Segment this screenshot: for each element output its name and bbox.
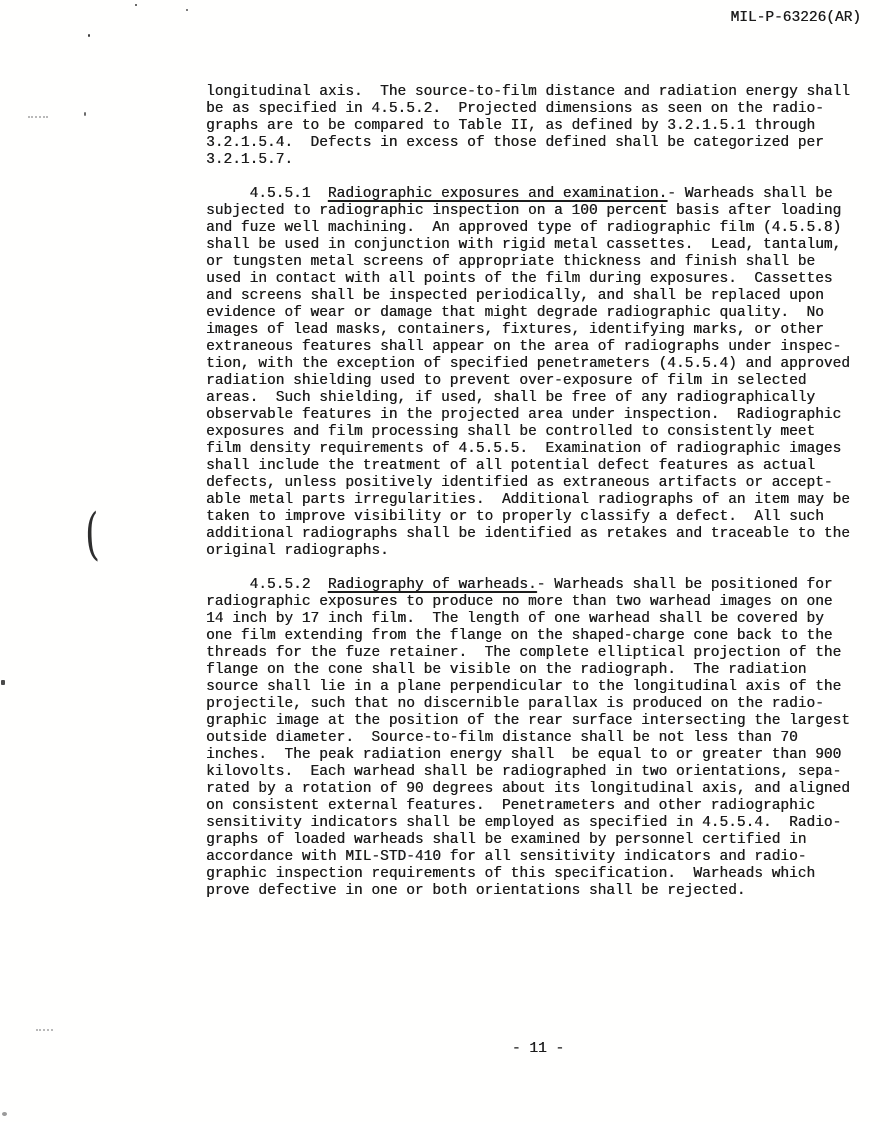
text-line: one film extending from the flange on th… [206,628,870,645]
text-line: sensitivity indicators shall be employed… [206,815,870,832]
text-line: original radiographs. [206,543,870,560]
text-line: graphic inspection requirements of this … [206,866,870,883]
text-line: 14 inch by 17 inch film. The length of o… [206,611,870,628]
text-line: source shall lie in a plane perpendicula… [206,679,870,696]
text-line: defects, unless positively identified as… [206,475,870,492]
text-line: be as specified in 4.5.5.2. Projected di… [206,101,870,118]
section-number: 4.5.5.1 [206,186,328,202]
text-line: graphic image at the position of the rea… [206,713,870,730]
text-line: film density requirements of 4.5.5.5. Ex… [206,441,870,458]
text-line: and screens shall be inspected periodica… [206,288,870,305]
scan-speck [1,680,5,685]
scan-speck [2,1112,7,1116]
section-title: Radiography of warheads. [328,577,537,593]
text-line: evidence of wear or damage that might de… [206,305,870,322]
text-line: projectile, such that no discernible par… [206,696,870,713]
text-line: exposures and film processing shall be c… [206,424,870,441]
text-line: radiographic exposures to produce no mor… [206,594,870,611]
text-line: 3.2.1.5.4. Defects in excess of those de… [206,135,870,152]
text-line: prove defective in one or both orientati… [206,883,870,900]
text-line: shall include the treatment of all poten… [206,458,870,475]
section-4-5-5-1: 4.5.5.1 Radiographic exposures and exami… [206,186,870,560]
section-title-suffix: - Warheads shall be positioned for [537,577,833,593]
text-line: graphs are to be compared to Table II, a… [206,118,870,135]
text-line: radiation shielding used to prevent over… [206,373,870,390]
page-number: - 11 - [206,1041,870,1058]
text-line: on consistent external features. Penetra… [206,798,870,815]
text-line: and fuze well machining. An approved typ… [206,220,870,237]
scan-speck [88,34,90,37]
scan-speck [135,4,137,6]
text-line: additional radiographs shall be identifi… [206,526,870,543]
doc-number-header: MIL-P-63226(AR) [730,10,861,27]
paragraph-intro: longitudinal axis. The source-to-film di… [206,84,870,169]
text-line: longitudinal axis. The source-to-film di… [206,84,870,101]
scan-speck [186,9,188,11]
section-title: Radiographic exposures and examination. [328,186,667,202]
document-body: longitudinal axis. The source-to-film di… [206,84,870,900]
scan-dotted-mark [36,1029,53,1031]
text-line: threads for the fuze retainer. The compl… [206,645,870,662]
text-line: rated by a rotation of 90 degrees about … [206,781,870,798]
text-line: extraneous features shall appear on the … [206,339,870,356]
handwritten-paren-mark: ( [84,507,100,564]
section-4-5-5-1-body: subjected to radiographic inspection on … [206,203,870,560]
section-4-5-5-2: 4.5.5.2 Radiography of warheads.- Warhea… [206,577,870,900]
scan-dotted-mark [28,116,48,118]
text-line: graphs of loaded warheads shall be exami… [206,832,870,849]
text-line: shall be used in conjunction with rigid … [206,237,870,254]
text-line: observable features in the projected are… [206,407,870,424]
section-title-suffix: - Warheads shall be [667,186,832,202]
section-4-5-5-2-heading: 4.5.5.2 Radiography of warheads.- Warhea… [206,577,870,594]
text-line: 3.2.1.5.7. [206,152,870,169]
scan-speck [84,112,86,116]
scanned-document-page: MIL-P-63226(AR) ( longitudinal axis. The… [0,0,889,1122]
text-line: inches. The peak radiation energy shall … [206,747,870,764]
text-line: subjected to radiographic inspection on … [206,203,870,220]
text-line: flange on the cone shall be visible on t… [206,662,870,679]
text-line: areas. Such shielding, if used, shall be… [206,390,870,407]
text-line: used in contact with all points of the f… [206,271,870,288]
text-line: kilovolts. Each warhead shall be radiogr… [206,764,870,781]
section-4-5-5-2-body: radiographic exposures to produce no mor… [206,594,870,900]
text-line: accordance with MIL-STD-410 for all sens… [206,849,870,866]
section-number: 4.5.5.2 [206,577,328,593]
section-4-5-5-1-heading: 4.5.5.1 Radiographic exposures and exami… [206,186,870,203]
text-line: tion, with the exception of specified pe… [206,356,870,373]
text-line: outside diameter. Source-to-film distanc… [206,730,870,747]
text-line: or tungsten metal screens of appropriate… [206,254,870,271]
text-line: images of lead masks, containers, fixtur… [206,322,870,339]
text-line: taken to improve visibility or to proper… [206,509,870,526]
text-line: able metal parts irregularities. Additio… [206,492,870,509]
